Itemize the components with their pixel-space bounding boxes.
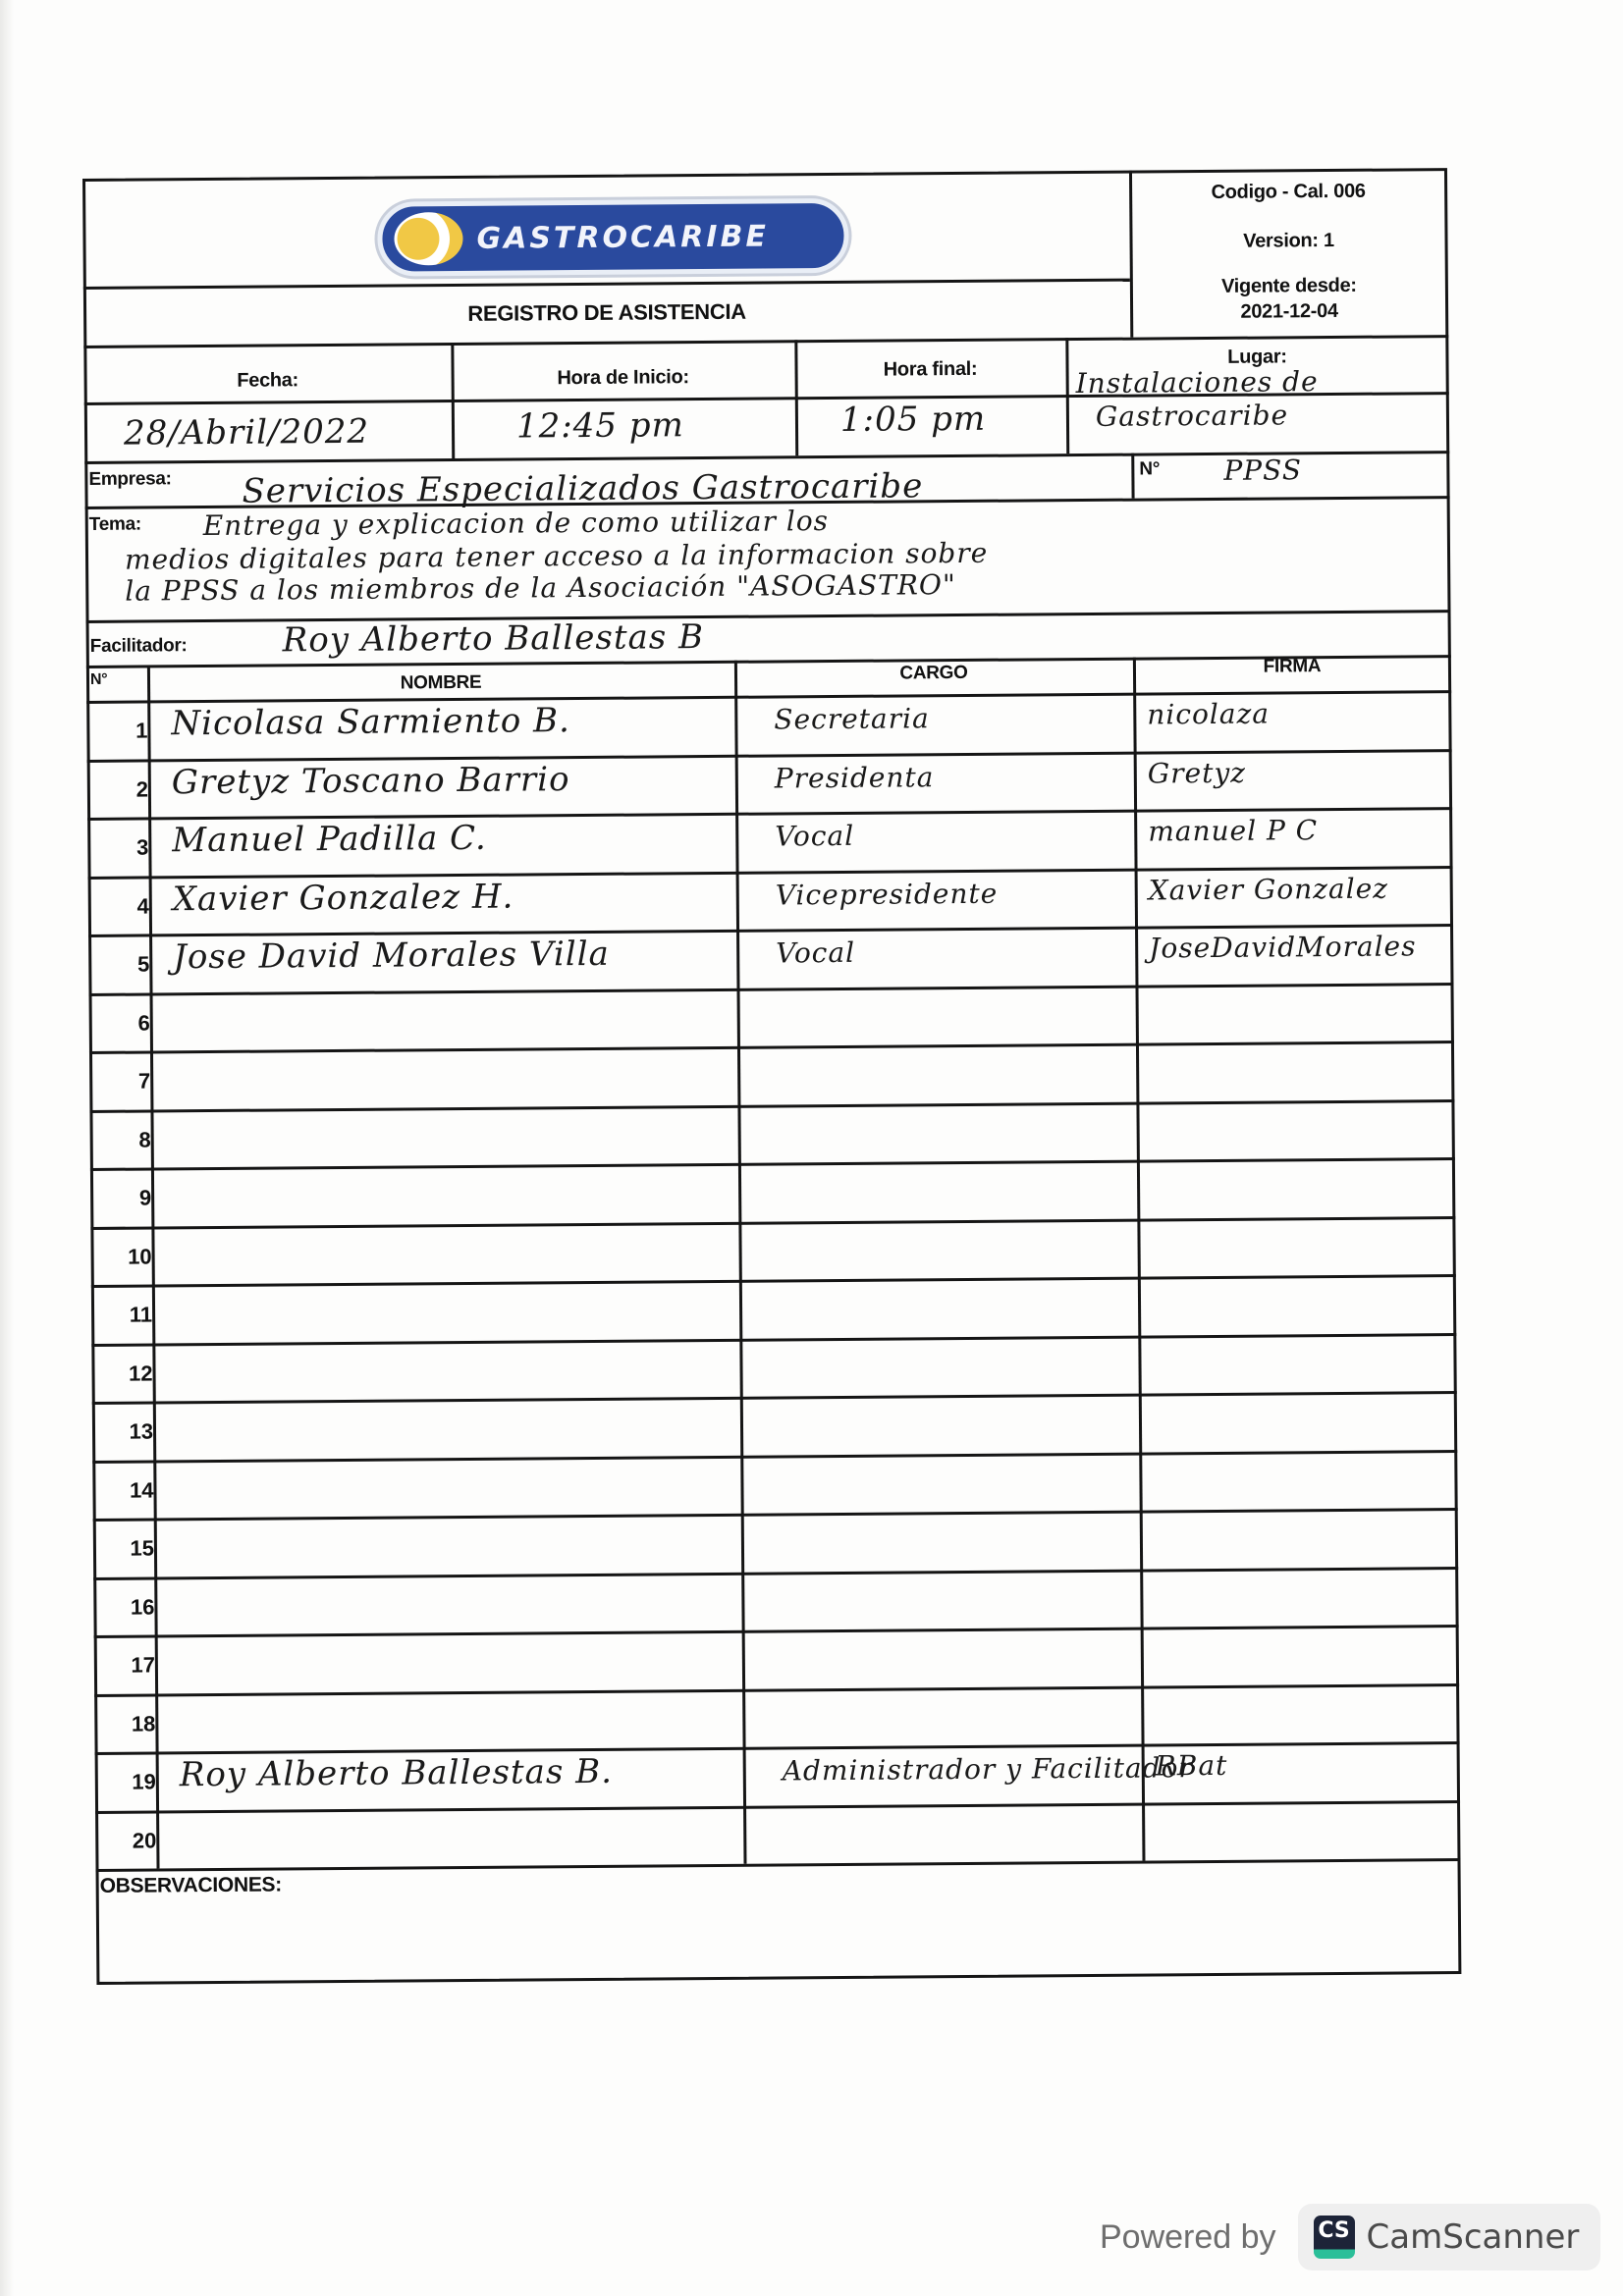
codigo-label: Codigo - Cal. 006	[1129, 180, 1447, 205]
hora-final-label: Hora final:	[794, 357, 1065, 382]
attendee-firma[interactable]: JoseDavidMorales	[1149, 930, 1417, 964]
numero-label: N°	[1139, 458, 1160, 480]
row-number: 10	[91, 1244, 152, 1269]
camscanner-brand-name: CamScanner	[1367, 2217, 1580, 2257]
facilitador-label: Facilitador:	[90, 635, 188, 658]
camscanner-footer: Powered by CS CamScanner	[1100, 2204, 1600, 2270]
vigente-label: Vigente desde:	[1130, 274, 1448, 299]
attendee-nombre[interactable]: Roy Alberto Ballestas B.	[180, 1752, 613, 1794]
lugar-value-line1[interactable]: Instalaciones de	[1076, 365, 1319, 400]
attendee-nombre[interactable]: Xavier Gonzalez H.	[173, 877, 514, 919]
col-header-num: N°	[90, 671, 108, 689]
attendee-cargo[interactable]: Vicepresidente	[776, 877, 999, 911]
attendee-cargo[interactable]: Administrador y Facilitador	[783, 1751, 1193, 1787]
row-number: 5	[88, 951, 149, 977]
empresa-label: Empresa:	[88, 468, 171, 491]
row-number: 13	[92, 1418, 153, 1444]
row-number: 15	[93, 1535, 154, 1561]
attendee-nombre[interactable]: Jose David Morales Villa	[173, 934, 610, 977]
hora-final-value[interactable]: 1:05 pm	[840, 400, 986, 440]
logo-text: GASTROCARIBE	[476, 219, 769, 255]
col-header-cargo: CARGO	[734, 662, 1133, 686]
attendee-cargo[interactable]: Vocal	[775, 820, 854, 853]
row-number: 19	[95, 1769, 156, 1794]
attendee-cargo[interactable]: Presidenta	[775, 761, 935, 794]
attendee-firma[interactable]: manuel P C	[1148, 814, 1318, 847]
fecha-label: Fecha:	[84, 368, 452, 394]
row-number: 2	[87, 776, 148, 802]
row-number: 18	[94, 1711, 155, 1736]
attendee-firma[interactable]: Gretyz	[1148, 756, 1246, 789]
camscanner-logo-icon: CS	[1314, 2216, 1355, 2259]
tema-label: Tema:	[89, 514, 141, 536]
fecha-value[interactable]: 28/Abril/2022	[124, 412, 369, 454]
facilitador-value[interactable]: Roy Alberto Ballestas B	[283, 617, 705, 660]
observaciones-label: OBSERVACIONES:	[100, 1873, 282, 1897]
row-number: 4	[88, 893, 149, 919]
row-number: 11	[91, 1302, 152, 1327]
row-number: 17	[94, 1652, 155, 1678]
row-number: 20	[95, 1828, 156, 1853]
row-number: 14	[92, 1477, 153, 1503]
lugar-value-line2[interactable]: Gastrocaribe	[1096, 399, 1288, 433]
attendee-nombre[interactable]: Manuel Padilla C.	[172, 819, 487, 861]
logo-mark-icon	[394, 212, 462, 266]
row-number: 9	[90, 1185, 151, 1210]
row-number: 1	[86, 718, 147, 743]
gastrocaribe-logo: GASTROCARIBE	[377, 198, 849, 277]
vigente-date: 2021-12-04	[1130, 299, 1448, 325]
row-number: 12	[91, 1361, 152, 1386]
col-header-firma: FIRMA	[1133, 655, 1451, 679]
tema-line-3[interactable]: la PPSS a los miembros de la Asociación …	[125, 568, 956, 608]
row-number: 7	[89, 1068, 150, 1094]
hora-inicio-value[interactable]: 12:45 pm	[516, 405, 684, 446]
attendance-form: GASTROCARIBE REGISTRO DE ASISTENCIA Codi…	[82, 168, 1461, 1985]
powered-by-text: Powered by	[1100, 2218, 1276, 2257]
numero-value[interactable]: PPSS	[1223, 454, 1302, 487]
tema-line-1[interactable]: Entrega y explicacion de como utilizar l…	[203, 505, 829, 542]
version-label: Version: 1	[1129, 229, 1447, 254]
col-header-nombre: NOMBRE	[147, 670, 734, 697]
attendee-nombre[interactable]: Gretyz Toscano Barrio	[172, 760, 570, 802]
scan-page-edge	[0, 0, 14, 2296]
attendee-cargo[interactable]: Vocal	[776, 936, 855, 970]
hora-inicio-label: Hora de Inicio:	[452, 365, 795, 391]
row-number: 16	[93, 1594, 154, 1620]
row-number: 6	[89, 1010, 150, 1036]
attendee-firma[interactable]: nicolaza	[1147, 698, 1270, 731]
attendee-nombre[interactable]: Nicolasa Sarmiento B.	[171, 701, 570, 743]
attendee-cargo[interactable]: Secretaria	[774, 702, 930, 735]
attendee-firma[interactable]: Xavier Gonzalez	[1149, 872, 1389, 906]
attendee-firma[interactable]: RBat	[1156, 1749, 1228, 1783]
row-number: 8	[90, 1127, 151, 1152]
row-number: 3	[87, 834, 148, 860]
numero-divider	[1131, 454, 1134, 499]
camscanner-badge: CS CamScanner	[1298, 2204, 1601, 2270]
